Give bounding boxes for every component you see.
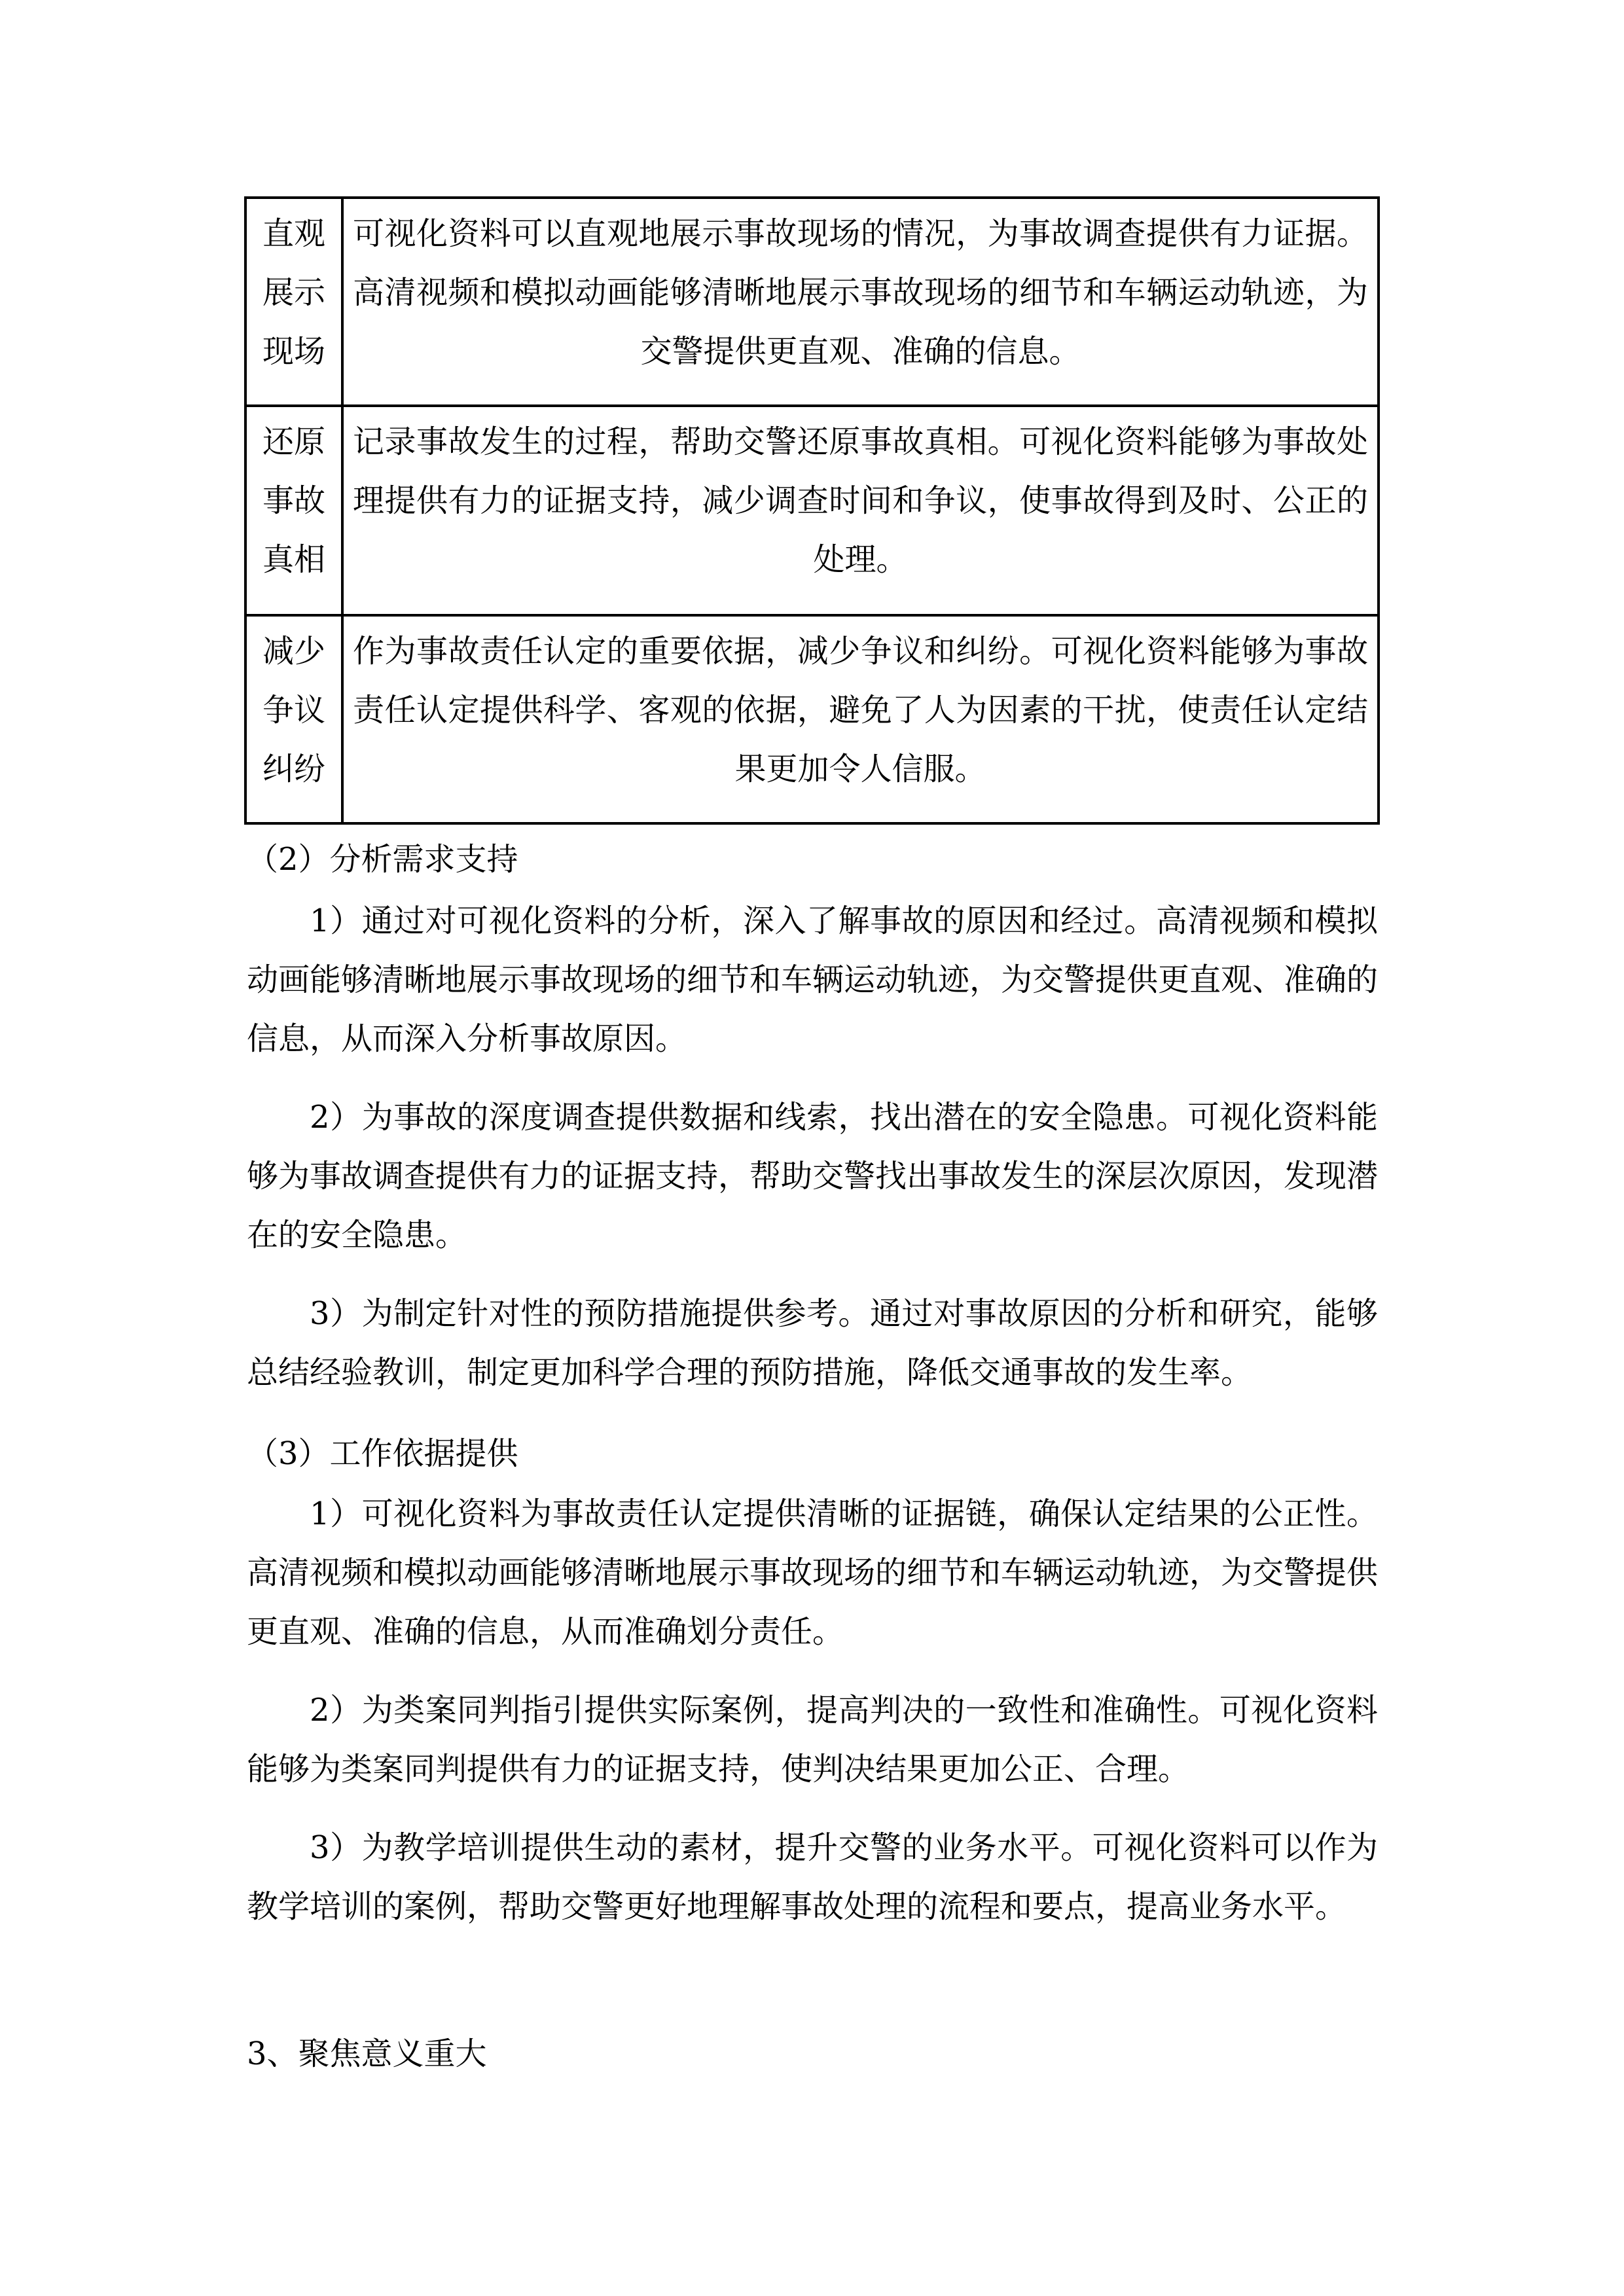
section-body: 3）为教学培训提供生动的素材，提升交警的业务水平。可视化资料可以作为教学培训的案…: [247, 1818, 1378, 1936]
row-label: 减少 争议 纠纷: [245, 615, 342, 823]
document-page: 直观 展示 现场 可视化资料可以直观地展示事故现场的情况，为事故调查提供有力证据…: [0, 0, 1624, 2296]
paragraph: 2）为类案同判指引提供实际案例，提高判决的一致性和准确性。可视化资料能够为类案同…: [247, 1681, 1378, 1799]
benefits-table: 直观 展示 现场 可视化资料可以直观地展示事故现场的情况，为事故调查提供有力证据…: [244, 196, 1380, 825]
table-row: 还原 事故 真相 记录事故发生的过程，帮助交警还原事故真相。可视化资料能够为事故…: [245, 406, 1379, 615]
table-row: 减少 争议 纠纷 作为事故责任认定的重要依据，减少争议和纠纷。可视化资料能够为事…: [245, 615, 1379, 823]
paragraph: 2）为事故的深度调查提供数据和线索，找出潜在的安全隐患。可视化资料能够为事故调查…: [247, 1088, 1378, 1265]
table-row: 直观 展示 现场 可视化资料可以直观地展示事故现场的情况，为事故调查提供有力证据…: [245, 198, 1379, 406]
row-label: 还原 事故 真相: [245, 406, 342, 615]
paragraph: 1）通过对可视化资料的分析，深入了解事故的原因和经过。高清视频和模拟动画能够清晰…: [247, 891, 1378, 1068]
section-body: 1）可视化资料为事故责任认定提供清晰的证据链，确保认定结果的公正性。高清视频和模…: [247, 1484, 1378, 1661]
row-content: 记录事故发生的过程，帮助交警还原事故真相。可视化资料能够为事故处理提供有力的证据…: [342, 406, 1379, 615]
chapter-heading: 3、聚焦意义重大: [247, 2024, 487, 2083]
section-body: 1）通过对可视化资料的分析，深入了解事故的原因和经过。高清视频和模拟动画能够清晰…: [247, 891, 1378, 1068]
section-heading: （3）工作依据提供: [247, 1424, 518, 1483]
paragraph: 1）可视化资料为事故责任认定提供清晰的证据链，确保认定结果的公正性。高清视频和模…: [247, 1484, 1378, 1661]
paragraph: 3）为制定针对性的预防措施提供参考。通过对事故原因的分析和研究，能够总结经验教训…: [247, 1284, 1378, 1402]
row-content: 可视化资料可以直观地展示事故现场的情况，为事故调查提供有力证据。高清视频和模拟动…: [342, 198, 1379, 406]
section-heading: （2）分析需求支持: [247, 830, 518, 889]
section-body: 2）为事故的深度调查提供数据和线索，找出潜在的安全隐患。可视化资料能够为事故调查…: [247, 1088, 1378, 1265]
row-label: 直观 展示 现场: [245, 198, 342, 406]
section-body: 3）为制定针对性的预防措施提供参考。通过对事故原因的分析和研究，能够总结经验教训…: [247, 1284, 1378, 1402]
section-body: 2）为类案同判指引提供实际案例，提高判决的一致性和准确性。可视化资料能够为类案同…: [247, 1681, 1378, 1799]
row-content: 作为事故责任认定的重要依据，减少争议和纠纷。可视化资料能够为事故责任认定提供科学…: [342, 615, 1379, 823]
paragraph: 3）为教学培训提供生动的素材，提升交警的业务水平。可视化资料可以作为教学培训的案…: [247, 1818, 1378, 1936]
